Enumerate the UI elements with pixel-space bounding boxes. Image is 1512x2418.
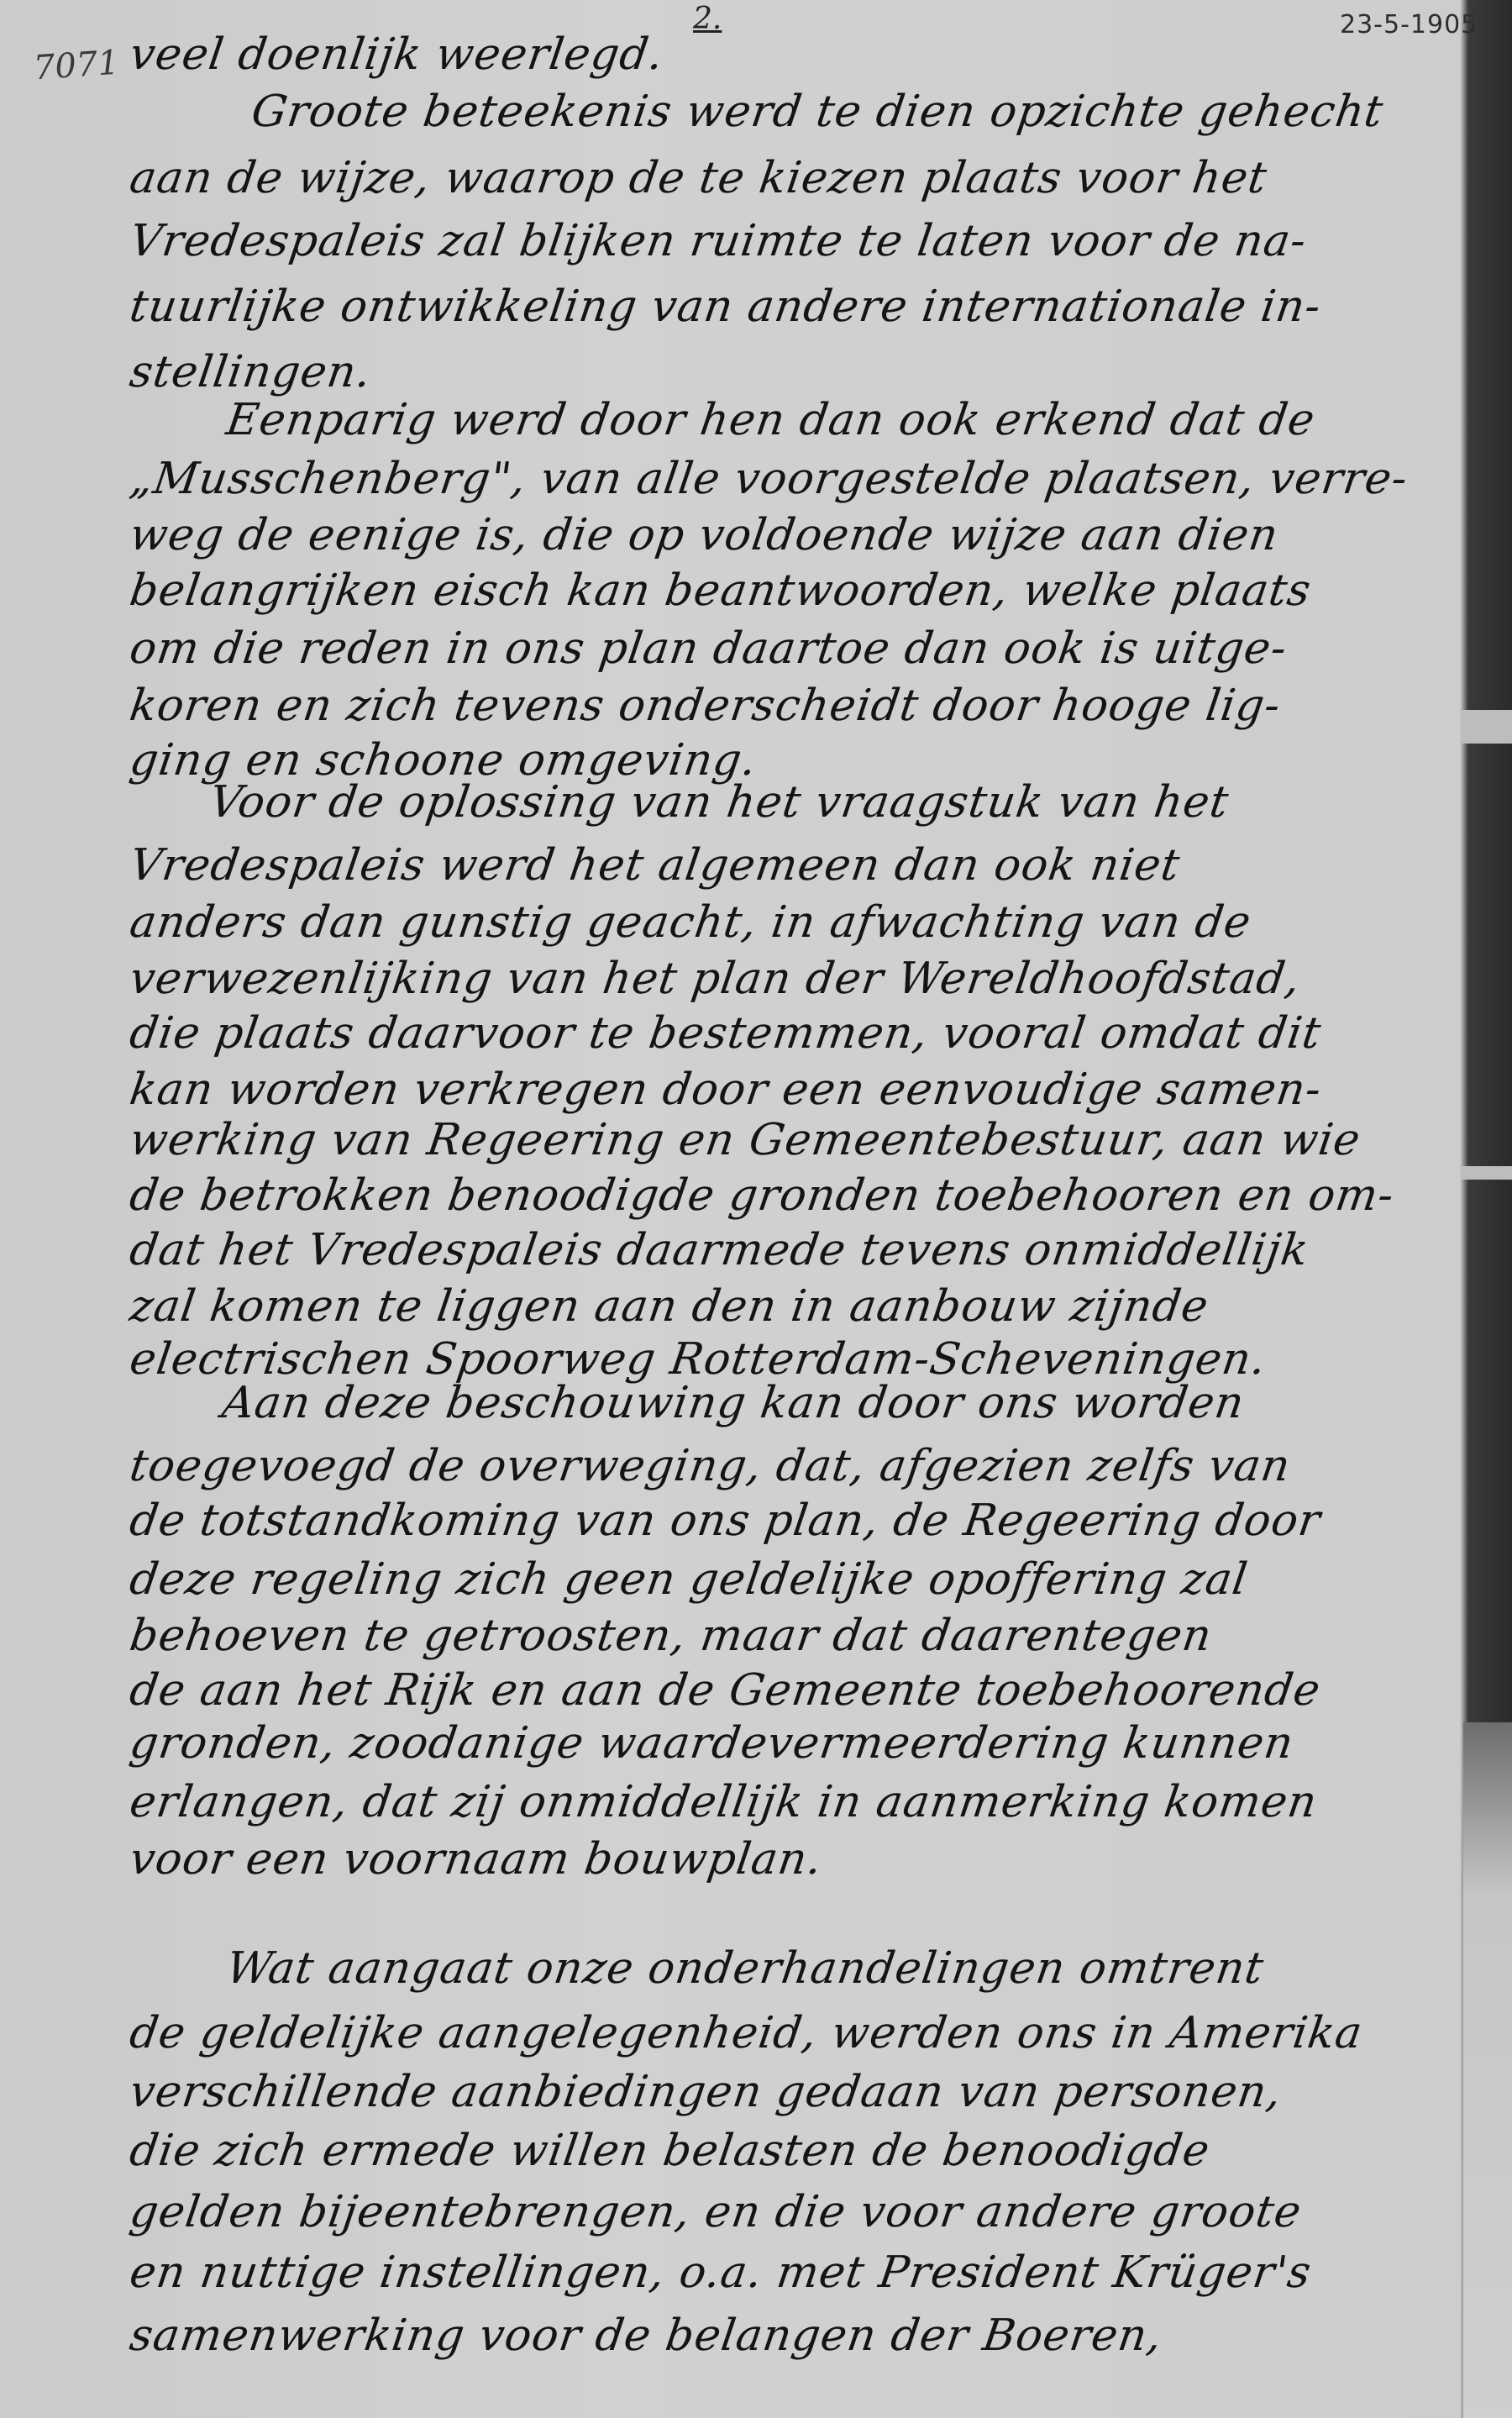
text-line: verwezenlijking van het plan der Wereldh… [127,954,1304,1004]
text-line: dat het Vredespaleis daarmede tevens onm… [127,1225,1312,1275]
text-line: Voor de oplossing van het vraagstuk van … [207,777,1232,828]
text-line: voor een voornaam bouwplan. [127,1834,826,1884]
text-line: koren en zich tevens onderscheidt door h… [127,681,1284,731]
text-line: Vredespaleis zal blijken ruimte te laten… [127,216,1310,266]
margin-note: 7071 [33,44,121,88]
text-line: Vredespaleis werd het algemeen dan ook n… [127,840,1184,891]
text-line: de geldelijke aangelegenheid, werden ons… [127,2008,1366,2058]
text-line: verschillende aanbiedingen gedaan van pe… [127,2067,1285,2117]
text-line: behoeven te getroosten, maar dat daarent… [127,1611,1215,1661]
page-edge-gap [1462,710,1512,744]
text-line: Wat aangaat onze onderhandelingen omtren… [223,1943,1268,1994]
text-line: deze regeling zich geen geldelijke opoff… [127,1554,1251,1605]
text-line: aan de wijze, waarop de te kiezen plaats… [127,153,1270,203]
text-line: en nuttige instellingen, o.a. met Presid… [127,2247,1315,2298]
text-line: samenwerking voor de belangen der Boeren… [127,2310,1166,2361]
page-edge-fade [1463,1722,1512,2418]
text-line: de totstandkoming van ons plan, de Regee… [127,1495,1324,1546]
text-line: stellingen. [127,347,375,397]
text-line: gelden bijeentebrengen, en die voor ande… [127,2187,1305,2237]
text-line: toegevoegd de overweging, dat, afgezien … [127,1441,1294,1491]
text-line: zal komen te liggen aan den in aanbouw z… [127,1281,1212,1332]
text-line: de aan het Rijk en aan de Gemeente toebe… [127,1665,1324,1716]
text-line: electrischen Spoorweg Rotterdam-Scheveni… [127,1334,1270,1385]
text-line: kan worden verkregen door een eenvoudige… [127,1064,1325,1115]
text-line: die zich ermede willen belasten de benoo… [127,2126,1213,2176]
page-number: 2. [693,2,722,36]
text-line: Aan deze beschouwing kan door ons worden [219,1378,1247,1428]
text-line: weg de eenige is, die op voldoende wijze… [127,510,1282,560]
text-line: „Musschenberg", van alle voorgestelde pl… [127,454,1411,504]
text-line: werking van Regeering en Gemeentebestuur… [127,1115,1364,1165]
text-line: Groote beteekenis werd te dien opzichte … [249,87,1387,137]
page-edge-gap [1462,1166,1512,1180]
text-line: veel doenlijk weerlegd. [127,29,667,80]
text-line: belangrijken eisch kan beantwoorden, wel… [127,565,1315,616]
text-line: gronden, zoodanige waardevermeerdering k… [127,1718,1297,1769]
text-line: erlangen, dat zij onmiddellijk in aanmer… [127,1777,1320,1827]
text-line: anders dan gunstig geacht, in afwachting… [127,897,1255,948]
text-line: om die reden in ons plan daartoe dan ook… [127,623,1290,674]
date-stamp: 23-5-1905 [1340,10,1478,39]
text-line: tuurlijke ontwikkeling van andere intern… [127,281,1325,332]
text-line: Eenparig werd door hen dan ook erkend da… [223,395,1319,445]
text-line: die plaats daarvoor te bestemmen, vooral… [127,1008,1325,1059]
text-line: de betrokken benoodigde gronden toebehoo… [127,1170,1398,1221]
